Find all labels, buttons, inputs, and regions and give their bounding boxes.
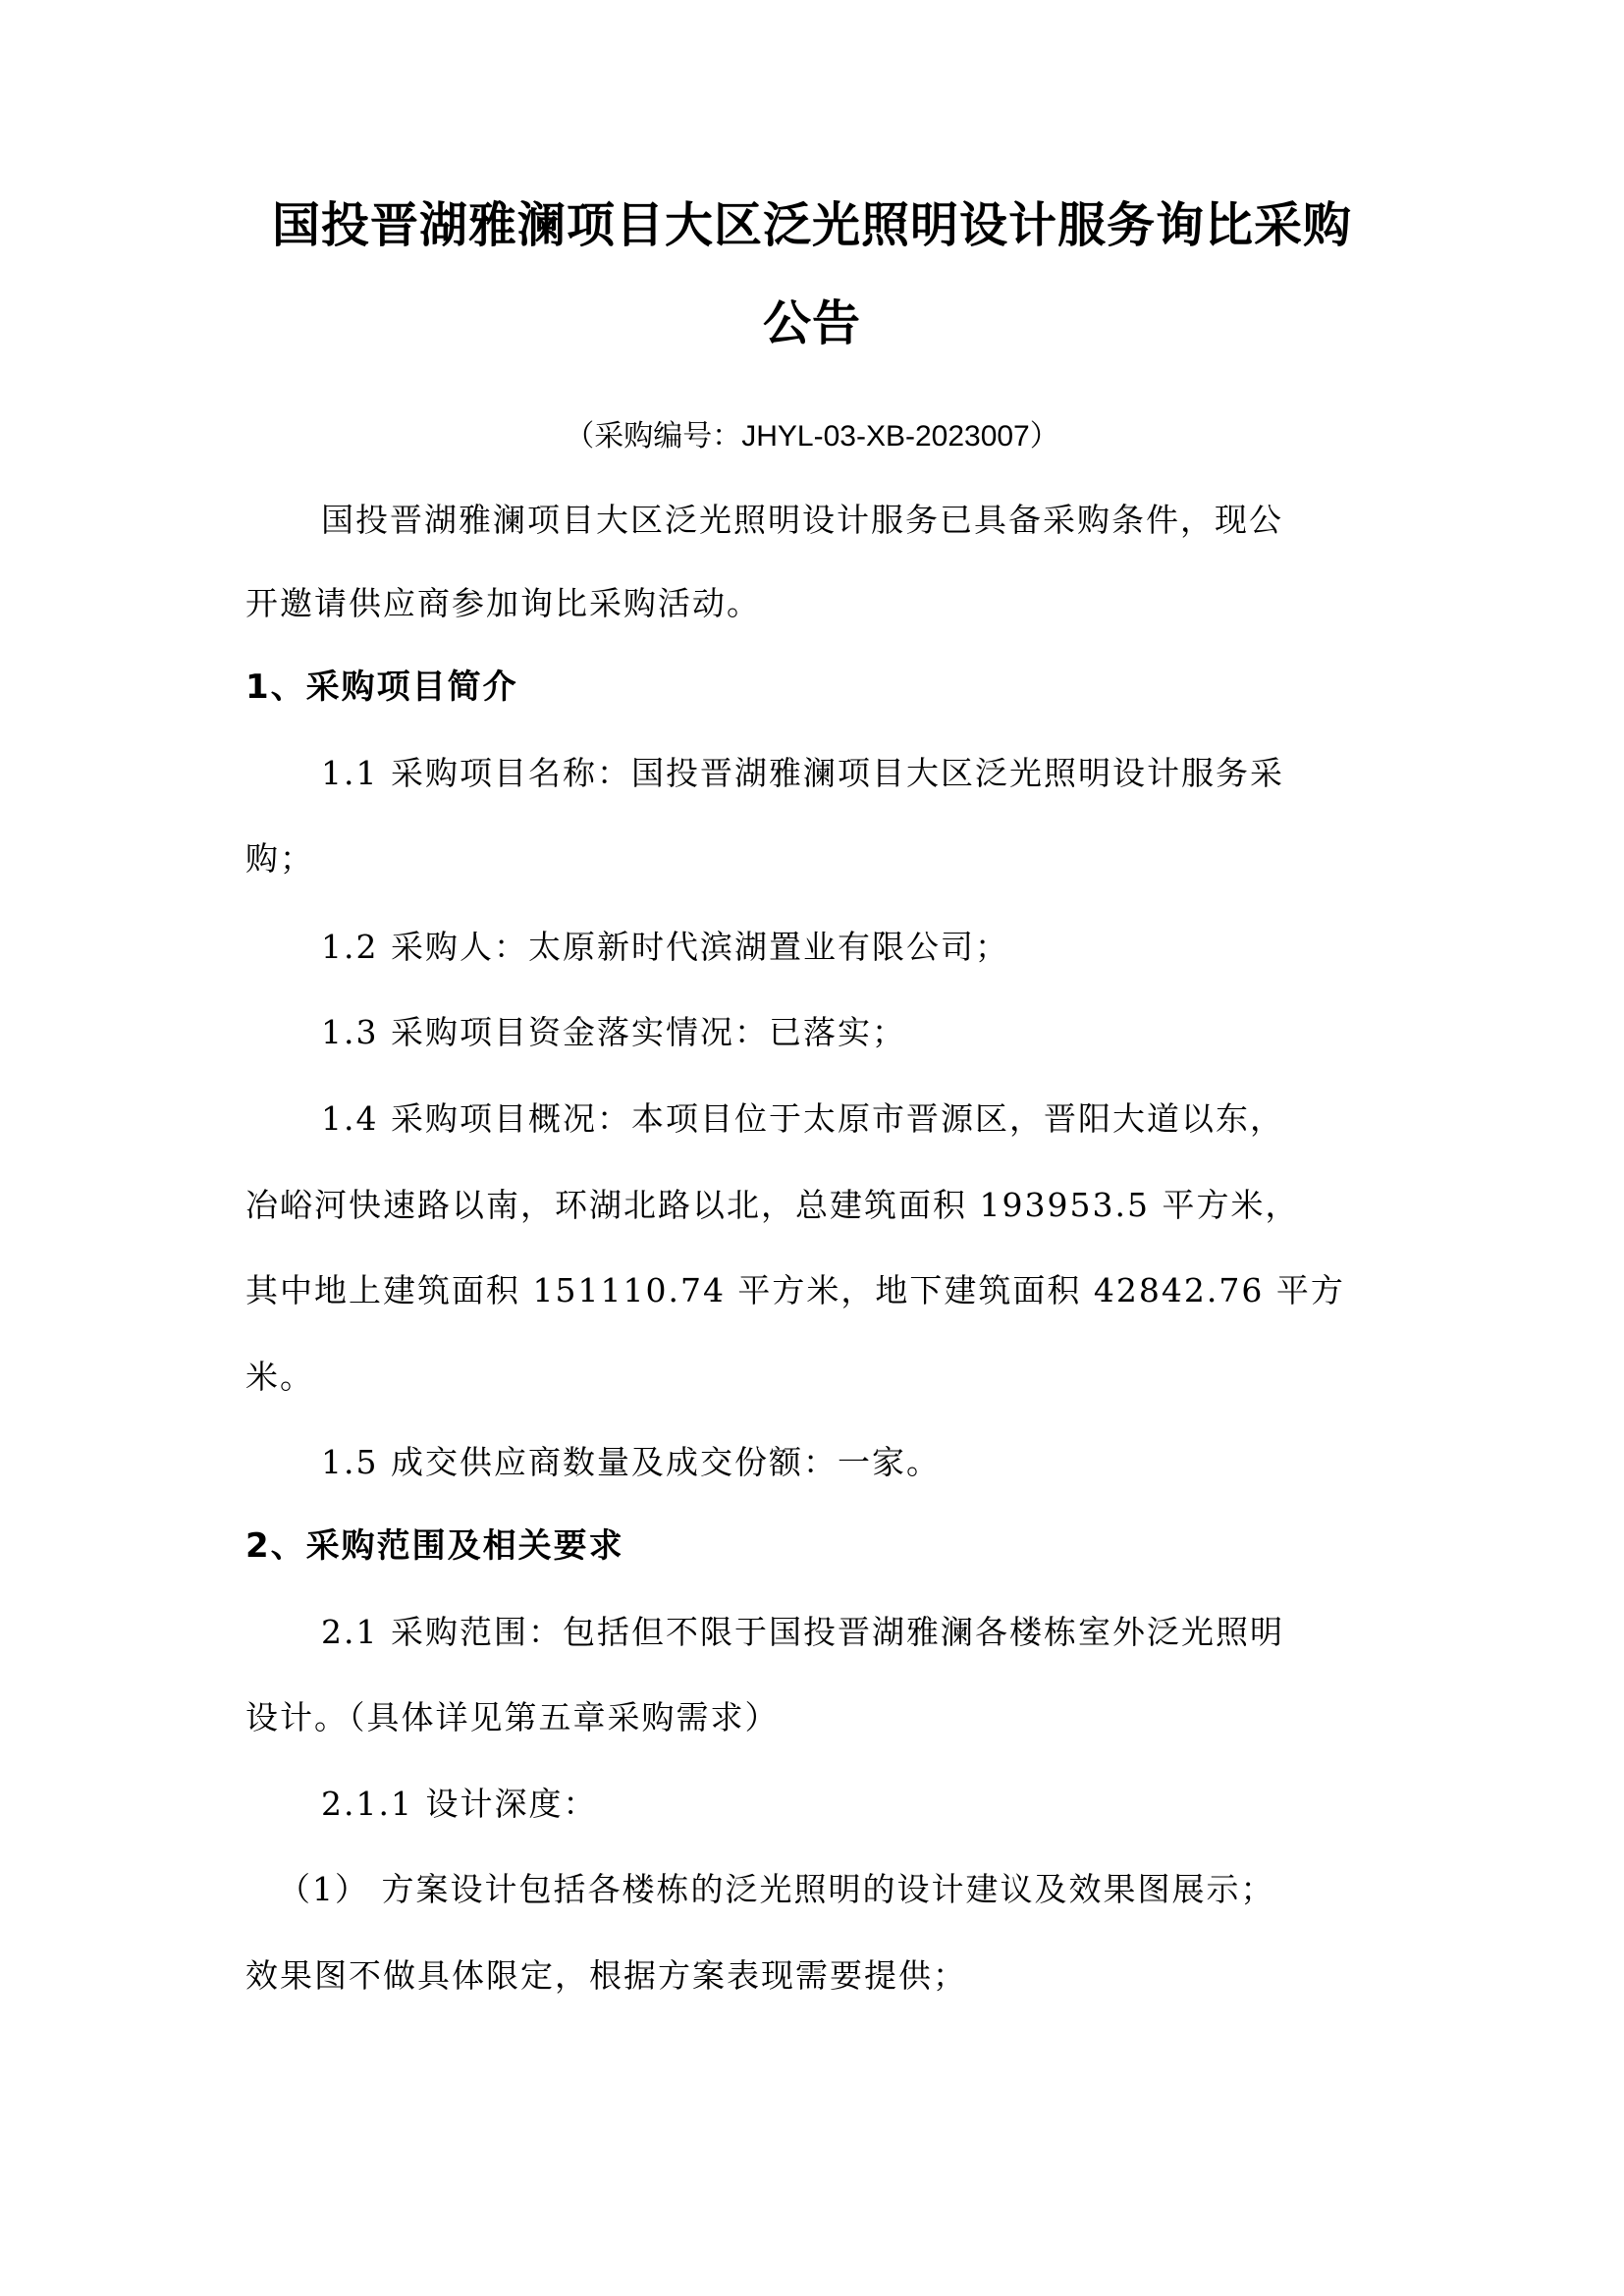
item-1-4-line-2: 冶峪河快速路以南，环湖北路以北，总建筑面积 193953.5 平方米， <box>245 1181 1299 1230</box>
item-1-3: 1.3 采购项目资金落实情况：已落实； <box>321 1008 906 1057</box>
item-1-5: 1.5 成交供应商数量及成交份额：一家。 <box>321 1438 941 1487</box>
item-2-1-1: 2.1.1 设计深度： <box>321 1780 597 1829</box>
section-heading-1: 1、采购项目简介 <box>245 663 518 712</box>
procurement-number-suffix: ） <box>1030 419 1059 454</box>
section-heading-2: 2、采购范围及相关要求 <box>245 1522 624 1571</box>
intro-line-1: 国投晋湖雅澜项目大区泛光照明设计服务已具备采购条件，现公 <box>321 496 1283 545</box>
procurement-number: （采购编号：JHYL-03-XB-2023007） <box>236 412 1388 461</box>
document-title-line-2: 公告 <box>236 294 1388 353</box>
item-1-2: 1.2 采购人：太原新时代滨湖置业有限公司； <box>321 923 1009 972</box>
procurement-number-code: JHYL-03-XB-2023007 <box>741 420 1030 453</box>
item-1-4-line-3: 其中地上建筑面积 151110.74 平方米，地下建筑面积 42842.76 平… <box>245 1266 1345 1315</box>
item-2-1-1-1-line-1: （1） 方案设计包括各楼栋的泛光照明的设计建议及效果图展示； <box>278 1865 1275 1914</box>
item-2-1-line-2: 设计。（具体详见第五章采购需求） <box>245 1693 780 1742</box>
item-1-1-line-1: 1.1 采购项目名称：国投晋湖雅澜项目大区泛光照明设计服务采 <box>321 749 1284 798</box>
item-1-4-line-4: 米。 <box>245 1353 314 1402</box>
intro-line-2: 开邀请供应商参加询比采购活动。 <box>245 579 761 628</box>
item-1-4-line-1: 1.4 采购项目概况：本项目位于太原市晋源区，晋阳大道以东， <box>321 1095 1284 1144</box>
item-2-1-1-1-line-2: 效果图不做具体限定，根据方案表现需要提供； <box>245 1951 967 2001</box>
procurement-number-prefix: （采购编号： <box>565 419 741 454</box>
item-1-1-line-2: 购； <box>245 834 314 883</box>
item-2-1-line-1: 2.1 采购范围：包括但不限于国投晋湖雅澜各楼栋室外泛光照明 <box>321 1608 1284 1657</box>
document-page: 国投晋湖雅澜项目大区泛光照明设计服务询比采购 公告 （采购编号：JHYL-03-… <box>0 0 1624 2296</box>
document-title-line-1: 国投晋湖雅澜项目大区泛光照明设计服务询比采购 <box>236 196 1388 255</box>
